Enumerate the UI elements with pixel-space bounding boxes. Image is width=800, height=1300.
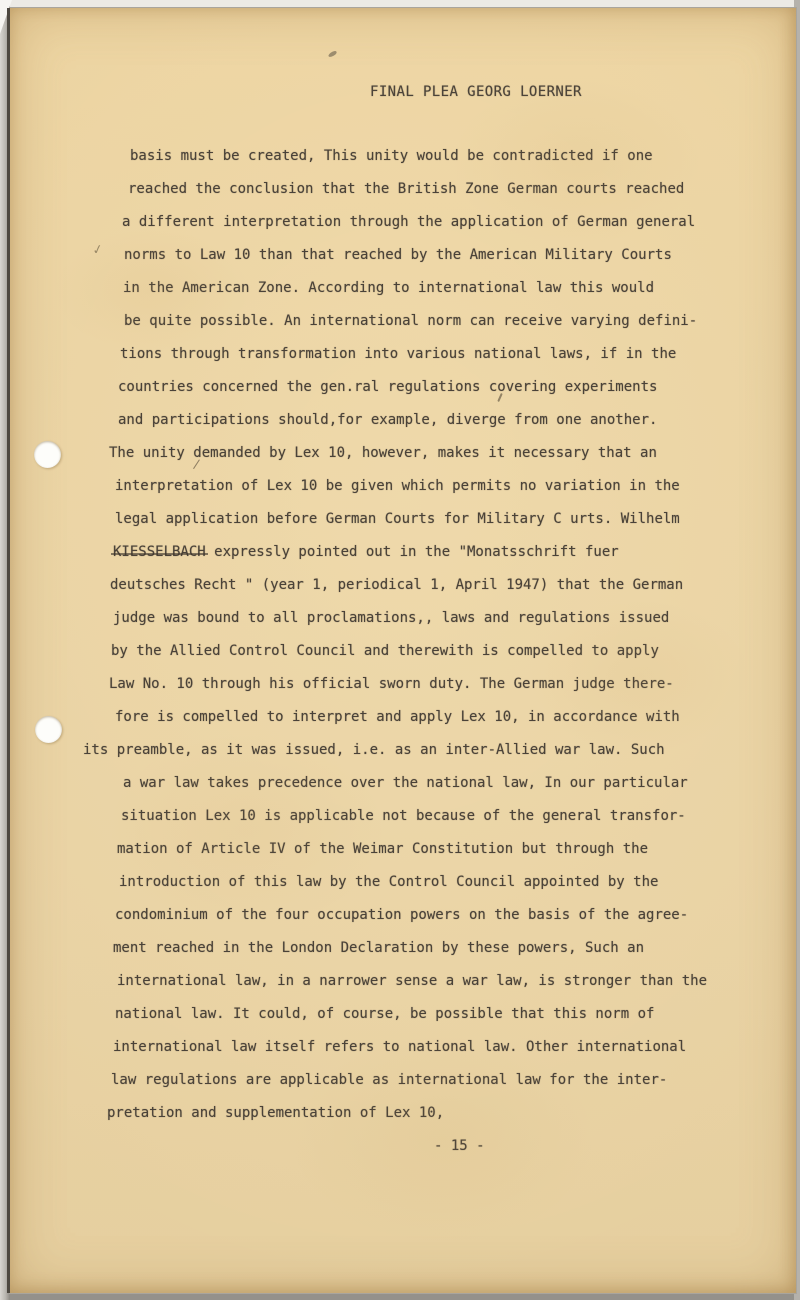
kiesselbach-underline-mark <box>111 553 208 555</box>
typewritten-line: by the Allied Control Council and therew… <box>111 635 746 668</box>
typewritten-line: Law No. 10 through his official sworn du… <box>109 668 746 701</box>
page-number: - 15 - <box>434 1138 485 1154</box>
typewritten-line: international law itself refers to natio… <box>113 1031 746 1064</box>
typewritten-line: international law, in a narrower sense a… <box>117 965 746 998</box>
typewritten-line: its preamble, as it was issued, i.e. as … <box>83 734 746 767</box>
scanner-background-left <box>0 0 10 1300</box>
typewritten-line: basis must be created, This unity would … <box>130 140 746 173</box>
typewritten-line: judge was bound to all proclamations,, l… <box>113 602 746 635</box>
typewritten-line: law regulations are applicable as intern… <box>111 1064 746 1097</box>
typewritten-line: norms to Law 10 than that reached by the… <box>124 239 746 272</box>
typewritten-line: The unity demanded by Lex 10, however, m… <box>109 437 746 470</box>
typewritten-line: pretation and supplementation of Lex 10, <box>107 1097 746 1130</box>
document-page: FINAL PLEA GEORG LOERNER ✓ / basis must … <box>10 8 796 1293</box>
typewritten-line: condominium of the four occupation power… <box>115 899 746 932</box>
punch-hole-bottom <box>35 716 62 743</box>
scanner-background-bottom <box>0 1292 800 1300</box>
typewritten-line: tions through transformation into variou… <box>120 338 746 371</box>
typewritten-line: and participations should,for example, d… <box>118 404 746 437</box>
punch-hole-top <box>34 441 61 468</box>
typewritten-line: a different interpretation through the a… <box>122 206 746 239</box>
document-header-title: FINAL PLEA GEORG LOERNER <box>370 84 582 100</box>
typewritten-line: mation of Article IV of the Weimar Const… <box>117 833 746 866</box>
typewritten-line: be quite possible. An international norm… <box>124 305 746 338</box>
typewritten-line: reached the conclusion that the British … <box>128 173 746 206</box>
typewritten-line: interpretation of Lex 10 be given which … <box>115 470 746 503</box>
typewritten-line: a war law takes precedence over the nati… <box>123 767 746 800</box>
typewritten-line: introduction of this law by the Control … <box>119 866 746 899</box>
typewritten-line: countries concerned the gen.ral regulati… <box>118 371 746 404</box>
typewritten-line: fore is compelled to interpret and apply… <box>115 701 746 734</box>
typewritten-line: deutsches Recht " (year 1, periodical 1,… <box>110 569 746 602</box>
typewritten-line: legal application before German Courts f… <box>115 503 746 536</box>
ink-smudge-mark <box>328 50 338 58</box>
scanned-page-view: FINAL PLEA GEORG LOERNER ✓ / basis must … <box>0 0 800 1300</box>
typewritten-body: basis must be created, This unity would … <box>106 140 746 1130</box>
typewritten-line: in the American Zone. According to inter… <box>123 272 746 305</box>
typewritten-line: national law. It could, of course, be po… <box>115 998 746 1031</box>
pencil-check-mark: ✓ <box>91 239 104 258</box>
typewritten-line: situation Lex 10 is applicable not becau… <box>121 800 746 833</box>
typewritten-line: ment reached in the London Declaration b… <box>113 932 746 965</box>
